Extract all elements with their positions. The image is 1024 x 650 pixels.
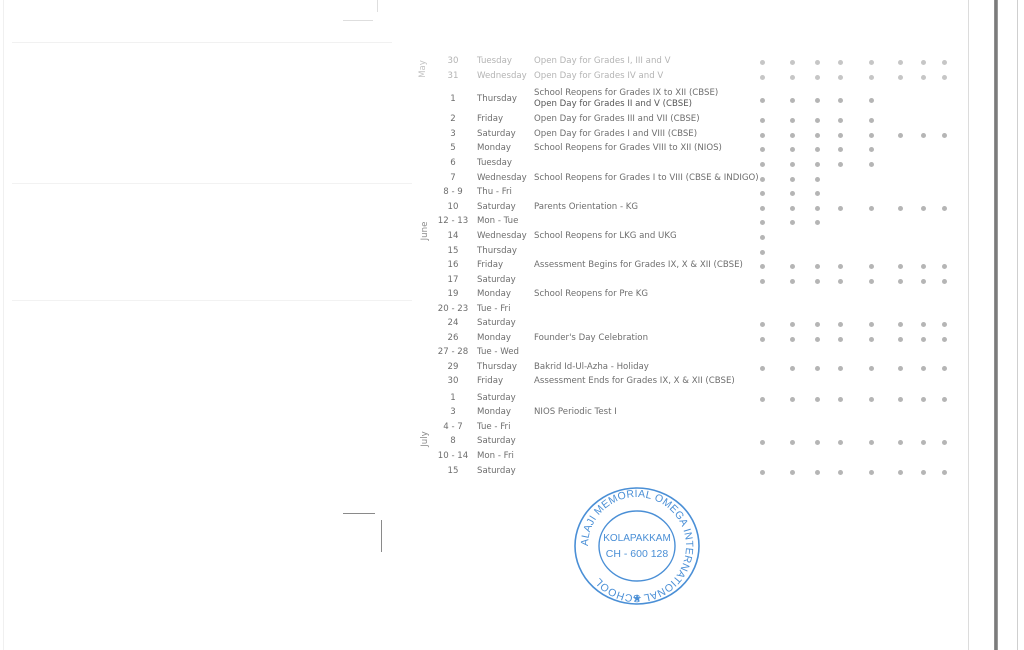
row-date: 16 xyxy=(430,260,476,270)
row-event: Open Day for Grades IV and V xyxy=(534,71,663,81)
row-day: Saturday xyxy=(477,129,516,139)
svg-text:KOLAPAKKAM: KOLAPAKKAM xyxy=(603,533,671,544)
grade-marker-dot xyxy=(869,440,874,445)
grade-marker-dot xyxy=(942,279,947,284)
bleed-through-line xyxy=(12,300,412,301)
grade-marker-dot xyxy=(760,264,765,269)
row-day: Thu - Fri xyxy=(477,187,512,197)
grade-marker-dot xyxy=(790,337,795,342)
row-event: School Reopens for LKG and UKG xyxy=(534,231,677,241)
grade-marker-dot xyxy=(869,264,874,269)
grade-marker-dot xyxy=(869,470,874,475)
grade-marker-dot xyxy=(921,366,926,371)
grade-marker-dot xyxy=(869,75,874,80)
grade-marker-dot xyxy=(869,322,874,327)
row-event: Assessment Begins for Grades IX, X & XII… xyxy=(534,260,743,270)
row-date: 5 xyxy=(430,143,476,153)
grade-marker-dot xyxy=(790,440,795,445)
row-day: Tuesday xyxy=(477,56,512,66)
row-event: School Reopens for Pre KG xyxy=(534,289,648,299)
grade-marker-dot xyxy=(790,60,795,65)
row-day: Thursday xyxy=(477,94,517,104)
bleed-through-edge xyxy=(3,0,4,650)
grade-marker-dot xyxy=(898,397,903,402)
grade-marker-dot xyxy=(942,133,947,138)
grade-marker-dot xyxy=(838,98,843,103)
row-date: 19 xyxy=(430,289,476,299)
scanned-calendar-page: May June July 30TuesdayOpen Day for Grad… xyxy=(0,0,1024,650)
grade-marker-dot xyxy=(760,250,765,255)
row-event: School Reopens for Grades VIII to XII (N… xyxy=(534,143,722,153)
grade-marker-dot xyxy=(790,206,795,211)
row-day: Saturday xyxy=(477,275,516,285)
grade-marker-dot xyxy=(760,60,765,65)
grade-marker-dot xyxy=(838,322,843,327)
grade-marker-dot xyxy=(815,98,820,103)
grade-marker-dot xyxy=(942,397,947,402)
row-day: Tue - Wed xyxy=(477,347,519,357)
crop-mark xyxy=(343,513,375,514)
row-day: Tue - Fri xyxy=(477,304,510,314)
grade-marker-dot xyxy=(921,322,926,327)
grade-marker-dot xyxy=(790,191,795,196)
grade-marker-dot xyxy=(898,366,903,371)
grade-marker-dot xyxy=(838,162,843,167)
row-event: Assessment Ends for Grades IX, X & XII (… xyxy=(534,376,735,386)
row-event: Parents Orientation - KG xyxy=(534,202,638,212)
row-date: 15 xyxy=(430,466,476,476)
row-day: Mon - Fri xyxy=(477,451,514,461)
grade-marker-dot xyxy=(760,162,765,167)
row-date: 24 xyxy=(430,318,476,328)
row-date: 20 - 23 xyxy=(430,304,476,314)
grade-marker-dot xyxy=(921,264,926,269)
grade-marker-dot xyxy=(942,264,947,269)
grade-marker-dot xyxy=(760,397,765,402)
grade-marker-dot xyxy=(942,337,947,342)
grade-marker-dot xyxy=(898,440,903,445)
grade-marker-dot xyxy=(760,337,765,342)
row-day: Wednesday xyxy=(477,71,527,81)
grade-marker-dot xyxy=(869,337,874,342)
row-date: 2 xyxy=(430,114,476,124)
row-date: 10 xyxy=(430,202,476,212)
grade-marker-dot xyxy=(921,279,926,284)
month-label-may: May xyxy=(418,49,428,89)
row-date: 6 xyxy=(430,158,476,168)
grade-marker-dot xyxy=(942,470,947,475)
grade-marker-dot xyxy=(815,322,820,327)
month-label-july: July xyxy=(420,419,430,459)
grade-marker-dot xyxy=(838,118,843,123)
grade-marker-dot xyxy=(921,397,926,402)
row-date: 4 - 7 xyxy=(430,422,476,432)
row-date: 27 - 28 xyxy=(430,347,476,357)
grade-marker-dot xyxy=(838,397,843,402)
row-date: 30 xyxy=(430,376,476,386)
grade-marker-dot xyxy=(790,162,795,167)
page-edge-line xyxy=(968,0,969,650)
grade-marker-dot xyxy=(760,75,765,80)
grade-marker-dot xyxy=(815,470,820,475)
page-edge-line xyxy=(1017,0,1018,650)
bleed-through-line xyxy=(12,42,392,43)
row-day: Monday xyxy=(477,333,511,343)
grade-marker-dot xyxy=(815,60,820,65)
row-date: 8 - 9 xyxy=(430,187,476,197)
grade-marker-dot xyxy=(838,470,843,475)
grade-marker-dot xyxy=(815,366,820,371)
grade-marker-dot xyxy=(815,147,820,152)
grade-marker-dot xyxy=(942,440,947,445)
row-date: 3 xyxy=(430,129,476,139)
grade-marker-dot xyxy=(869,397,874,402)
grade-marker-dot xyxy=(760,191,765,196)
grade-marker-dot xyxy=(838,75,843,80)
grade-marker-dot xyxy=(869,206,874,211)
grade-marker-dot xyxy=(790,118,795,123)
row-day: Wednesday xyxy=(477,173,527,183)
row-day: Saturday xyxy=(477,466,516,476)
row-day: Friday xyxy=(477,376,503,386)
grade-marker-dot xyxy=(790,147,795,152)
grade-marker-dot xyxy=(921,337,926,342)
grade-marker-dot xyxy=(838,279,843,284)
grade-marker-dot xyxy=(869,118,874,123)
stamp-seal-icon: LALAJI MEMORIAL OMEGA INTERNATIONAL SCHO… xyxy=(571,484,703,608)
grade-marker-dot xyxy=(921,133,926,138)
grade-marker-dot xyxy=(921,75,926,80)
row-event: Open Day for Grades I, III and V xyxy=(534,56,670,66)
grade-marker-dot xyxy=(815,162,820,167)
grade-marker-dot xyxy=(760,177,765,182)
grade-marker-dot xyxy=(790,279,795,284)
grade-marker-dot xyxy=(815,206,820,211)
grade-marker-dot xyxy=(815,264,820,269)
grade-marker-dot xyxy=(869,60,874,65)
grade-marker-dot xyxy=(815,75,820,80)
row-day: Wednesday xyxy=(477,231,527,241)
row-day: Saturday xyxy=(477,202,516,212)
grade-marker-dot xyxy=(869,98,874,103)
grade-marker-dot xyxy=(869,133,874,138)
grade-marker-dot xyxy=(898,337,903,342)
row-day: Thursday xyxy=(477,362,517,372)
row-day: Monday xyxy=(477,407,511,417)
row-event: Open Day for Grades III and VII (CBSE) xyxy=(534,114,700,124)
row-date: 8 xyxy=(430,436,476,446)
grade-marker-dot xyxy=(790,264,795,269)
row-day: Tue - Fri xyxy=(477,422,510,432)
row-day: Saturday xyxy=(477,393,516,403)
row-day: Tuesday xyxy=(477,158,512,168)
grade-marker-dot xyxy=(898,470,903,475)
grade-marker-dot xyxy=(815,177,820,182)
grade-marker-dot xyxy=(942,366,947,371)
grade-marker-dot xyxy=(790,98,795,103)
grade-marker-dot xyxy=(838,206,843,211)
grade-marker-dot xyxy=(942,75,947,80)
grade-marker-dot xyxy=(942,322,947,327)
grade-marker-dot xyxy=(898,279,903,284)
grade-marker-dot xyxy=(790,397,795,402)
row-event: Open Day for Grades I and VIII (CBSE) xyxy=(534,129,697,139)
row-date: 1 xyxy=(430,94,476,104)
grade-marker-dot xyxy=(869,147,874,152)
row-day: Friday xyxy=(477,114,503,124)
crop-mark xyxy=(343,20,373,21)
row-day: Mon - Tue xyxy=(477,216,518,226)
grade-marker-dot xyxy=(760,220,765,225)
row-date: 7 xyxy=(430,173,476,183)
row-event: School Reopens for Grades I to VIII (CBS… xyxy=(534,173,759,183)
month-label-june: June xyxy=(420,211,430,251)
row-day: Saturday xyxy=(477,436,516,446)
grade-marker-dot xyxy=(898,322,903,327)
svg-text:★: ★ xyxy=(632,592,642,605)
grade-marker-dot xyxy=(760,322,765,327)
grade-marker-dot xyxy=(790,177,795,182)
row-day: Thursday xyxy=(477,246,517,256)
row-event: School Reopens for Grades IX to XII (CBS… xyxy=(534,88,718,110)
row-event: Founder's Day Celebration xyxy=(534,333,648,343)
grade-marker-dot xyxy=(760,98,765,103)
grade-marker-dot xyxy=(942,60,947,65)
grade-marker-dot xyxy=(760,366,765,371)
row-day: Friday xyxy=(477,260,503,270)
grade-marker-dot xyxy=(760,206,765,211)
row-date: 30 xyxy=(430,56,476,66)
grade-marker-dot xyxy=(790,133,795,138)
grade-marker-dot xyxy=(898,264,903,269)
grade-marker-dot xyxy=(815,337,820,342)
grade-marker-dot xyxy=(942,206,947,211)
grade-marker-dot xyxy=(898,75,903,80)
crop-mark xyxy=(381,520,382,552)
grade-marker-dot xyxy=(815,397,820,402)
school-stamp: LALAJI MEMORIAL OMEGA INTERNATIONAL SCHO… xyxy=(571,484,703,608)
row-date: 17 xyxy=(430,275,476,285)
grade-marker-dot xyxy=(921,60,926,65)
grade-marker-dot xyxy=(838,133,843,138)
grade-marker-dot xyxy=(869,279,874,284)
grade-marker-dot xyxy=(760,470,765,475)
grade-marker-dot xyxy=(790,220,795,225)
grade-marker-dot xyxy=(898,133,903,138)
grade-marker-dot xyxy=(790,75,795,80)
row-day: Monday xyxy=(477,143,511,153)
grade-marker-dot xyxy=(838,264,843,269)
grade-marker-dot xyxy=(790,322,795,327)
crop-mark xyxy=(377,0,378,12)
grade-marker-dot xyxy=(869,162,874,167)
row-event: NIOS Periodic Test I xyxy=(534,407,617,417)
grade-marker-dot xyxy=(838,60,843,65)
row-date: 10 - 14 xyxy=(430,451,476,461)
grade-marker-dot xyxy=(760,133,765,138)
grade-marker-dot xyxy=(869,366,874,371)
bleed-through-line xyxy=(12,183,412,184)
grade-marker-dot xyxy=(838,337,843,342)
grade-marker-dot xyxy=(760,147,765,152)
row-date: 1 xyxy=(430,393,476,403)
grade-marker-dot xyxy=(838,440,843,445)
grade-marker-dot xyxy=(815,440,820,445)
row-date: 14 xyxy=(430,231,476,241)
grade-marker-dot xyxy=(790,366,795,371)
grade-marker-dot xyxy=(838,366,843,371)
grade-marker-dot xyxy=(898,60,903,65)
row-date: 31 xyxy=(430,71,476,81)
grade-marker-dot xyxy=(815,118,820,123)
grade-marker-dot xyxy=(815,133,820,138)
grade-marker-dot xyxy=(921,470,926,475)
grade-marker-dot xyxy=(760,279,765,284)
row-date: 12 - 13 xyxy=(430,216,476,226)
grade-marker-dot xyxy=(815,191,820,196)
grade-marker-dot xyxy=(838,147,843,152)
grade-marker-dot xyxy=(760,235,765,240)
row-event: Bakrid Id-Ul-Azha - Holiday xyxy=(534,362,649,372)
grade-marker-dot xyxy=(921,440,926,445)
row-date: 29 xyxy=(430,362,476,372)
grade-marker-dot xyxy=(790,470,795,475)
svg-text:CH - 600 128: CH - 600 128 xyxy=(606,548,669,560)
row-day: Monday xyxy=(477,289,511,299)
row-date: 15 xyxy=(430,246,476,256)
row-day: Saturday xyxy=(477,318,516,328)
grade-marker-dot xyxy=(815,279,820,284)
row-date: 3 xyxy=(430,407,476,417)
row-date: 26 xyxy=(430,333,476,343)
grade-marker-dot xyxy=(815,220,820,225)
binding-edge xyxy=(994,0,998,650)
grade-marker-dot xyxy=(921,206,926,211)
grade-marker-dot xyxy=(760,440,765,445)
grade-marker-dot xyxy=(760,118,765,123)
grade-marker-dot xyxy=(898,206,903,211)
